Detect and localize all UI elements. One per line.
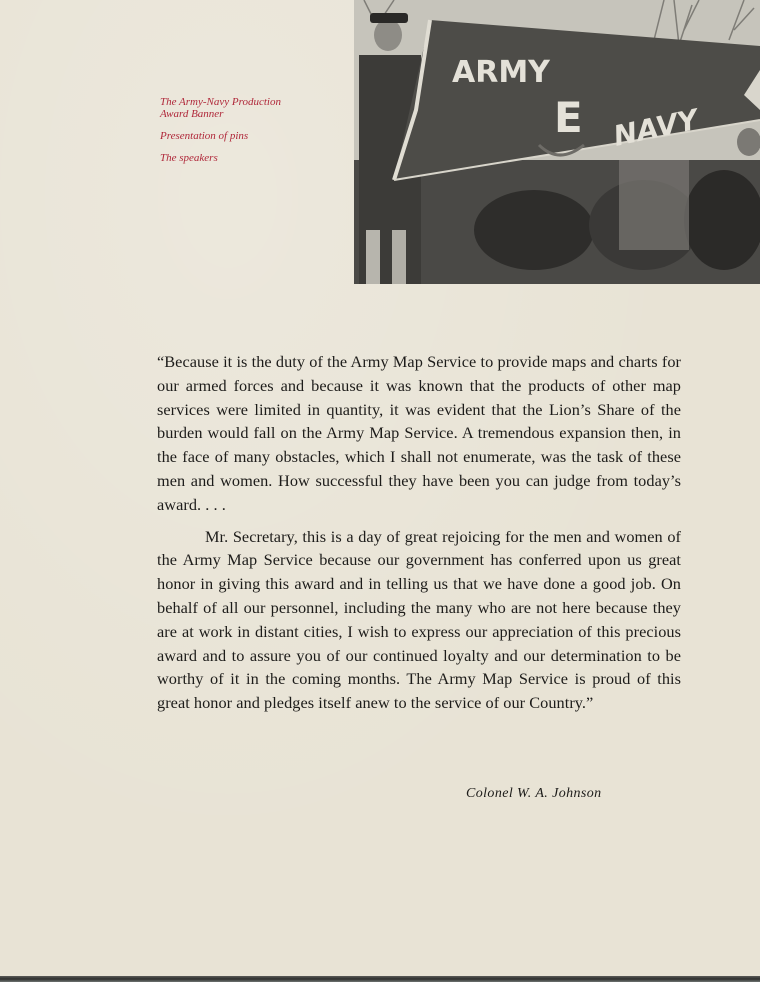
speech-quote: “Because it is the duty of the Army Map …	[157, 350, 681, 715]
quote-paragraph-1: “Because it is the duty of the Army Map …	[157, 350, 681, 517]
award-ceremony-photo: ARMY E NAVY	[354, 0, 760, 284]
photo-illustration: ARMY E NAVY	[354, 0, 760, 284]
caption-award-banner: The Army-Navy Production Award Banner	[160, 96, 310, 120]
photo-captions: The Army-Navy Production Award Banner Pr…	[160, 96, 350, 174]
page-bottom-edge	[0, 976, 760, 982]
caption-presentation-of-pins: Presentation of pins	[160, 130, 350, 142]
svg-text:E: E	[554, 93, 583, 142]
quote-attribution: Colonel W. A. Johnson	[466, 786, 602, 802]
svg-text:ARMY: ARMY	[452, 55, 551, 90]
quote-paragraph-2: Mr. Secretary, this is a day of great re…	[157, 525, 681, 715]
caption-speakers: The speakers	[160, 152, 350, 164]
document-page: The Army-Navy Production Award Banner Pr…	[0, 0, 760, 978]
